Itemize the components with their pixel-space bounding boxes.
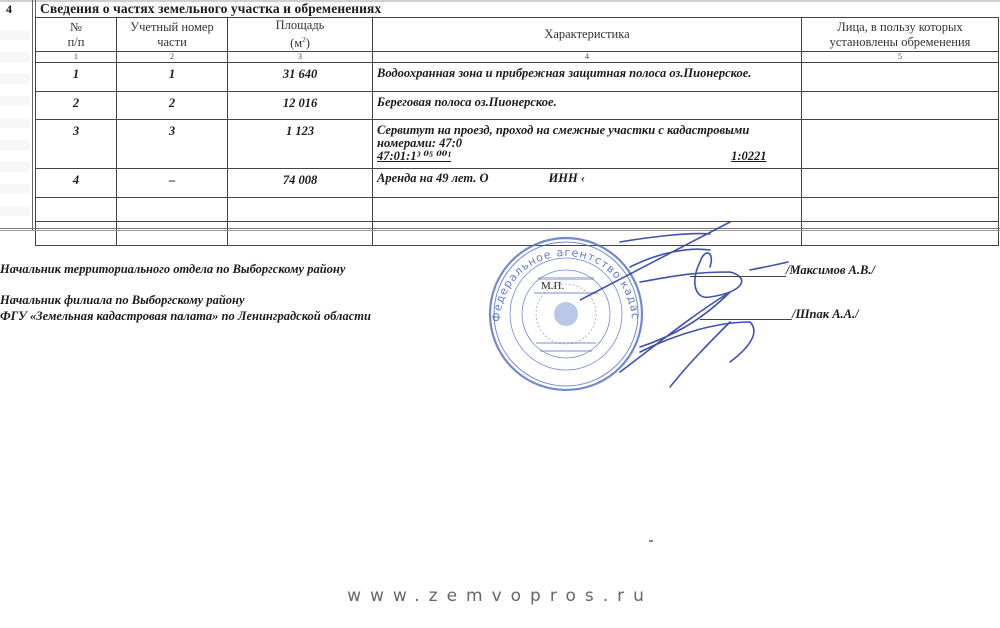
cell-part — [117, 198, 228, 222]
cell-area: 1 123 — [228, 120, 373, 169]
header-part-number: Учетный номерчасти — [117, 18, 228, 52]
cell-part: – — [117, 169, 228, 198]
cell-area: 31 640 — [228, 63, 373, 92]
signatory-position-2-line2: ФГУ «Земельная кадастровая палата» по Ле… — [0, 309, 371, 324]
header-number: №п/п — [36, 18, 117, 52]
cell-beneficiary — [802, 169, 999, 198]
table-row: 2 2 12 016 Береговая полоса оз.Пионерско… — [36, 92, 999, 120]
cell-beneficiary — [802, 120, 999, 169]
header-characteristic: Характеристика — [373, 18, 802, 52]
scan-artifact — [649, 540, 653, 542]
table-row: 1 1 31 640 Водоохранная зона и прибрежна… — [36, 63, 999, 92]
cell-part: 2 — [117, 92, 228, 120]
cell-characteristic: Аренда на 49 лет. ОИНН ‹ — [373, 169, 802, 198]
table-row: 4 – 74 008 Аренда на 49 лет. ОИНН ‹ — [36, 169, 999, 198]
cell-characteristic — [373, 198, 802, 222]
cell-number — [36, 222, 117, 246]
cell-characteristic: Водоохранная зона и прибрежная защитная … — [373, 63, 802, 92]
header-area: Площадь(м2) — [228, 18, 373, 52]
cell-number: 3 — [36, 120, 117, 169]
table-bottom-border — [0, 228, 1000, 231]
cell-number: 4 — [36, 169, 117, 198]
cell-part: 3 — [117, 120, 228, 169]
cell-beneficiary — [802, 63, 999, 92]
section-title: Сведения о частях земельного участка и о… — [40, 1, 381, 17]
signatory-name-2: /Шпак А.А./ — [792, 307, 859, 322]
cell-number: 1 — [36, 63, 117, 92]
cell-area: 74 008 — [228, 169, 373, 198]
cell-number — [36, 198, 117, 222]
cell-part — [117, 222, 228, 246]
website-watermark[interactable]: www.zemvopros.ru — [0, 586, 1000, 606]
column-number: 2 — [117, 52, 228, 63]
signatory-position-1: Начальник территориального отдела по Выб… — [0, 262, 345, 277]
header-beneficiaries: Лица, в пользу которыхустановлены обреме… — [802, 18, 999, 52]
column-number: 5 — [802, 52, 999, 63]
column-number: 1 — [36, 52, 117, 63]
table-header-row: №п/п Учетный номерчасти Площадь(м2) Хара… — [36, 18, 999, 52]
column-number: 4 — [373, 52, 802, 63]
stamp-placeholder-label: М.П. — [541, 280, 564, 292]
section-number: 4 — [6, 2, 12, 17]
table-row: 3 3 1 123 Сервитут на проезд, проход на … — [36, 120, 999, 169]
cell-area — [228, 222, 373, 246]
table-row-empty — [36, 198, 999, 222]
signatory-position-2-line1: Начальник филиала по Выборгскому району — [0, 293, 245, 308]
handwritten-signatures-icon — [580, 222, 800, 397]
cell-area: 12 016 — [228, 92, 373, 120]
cell-characteristic: Сервитут на проезд, проход на смежные уч… — [373, 120, 802, 169]
cell-beneficiary — [802, 222, 999, 246]
cell-beneficiary — [802, 92, 999, 120]
encumbrances-table: №п/п Учетный номерчасти Площадь(м2) Хара… — [35, 17, 999, 246]
cell-part: 1 — [117, 63, 228, 92]
column-number-row: 1 2 3 4 5 — [36, 52, 999, 63]
cell-beneficiary — [802, 198, 999, 222]
column-number: 3 — [228, 52, 373, 63]
cell-characteristic: Береговая полоса оз.Пионерское. — [373, 92, 802, 120]
cell-number: 2 — [36, 92, 117, 120]
cell-area — [228, 198, 373, 222]
left-margin-faint-text — [0, 18, 30, 228]
